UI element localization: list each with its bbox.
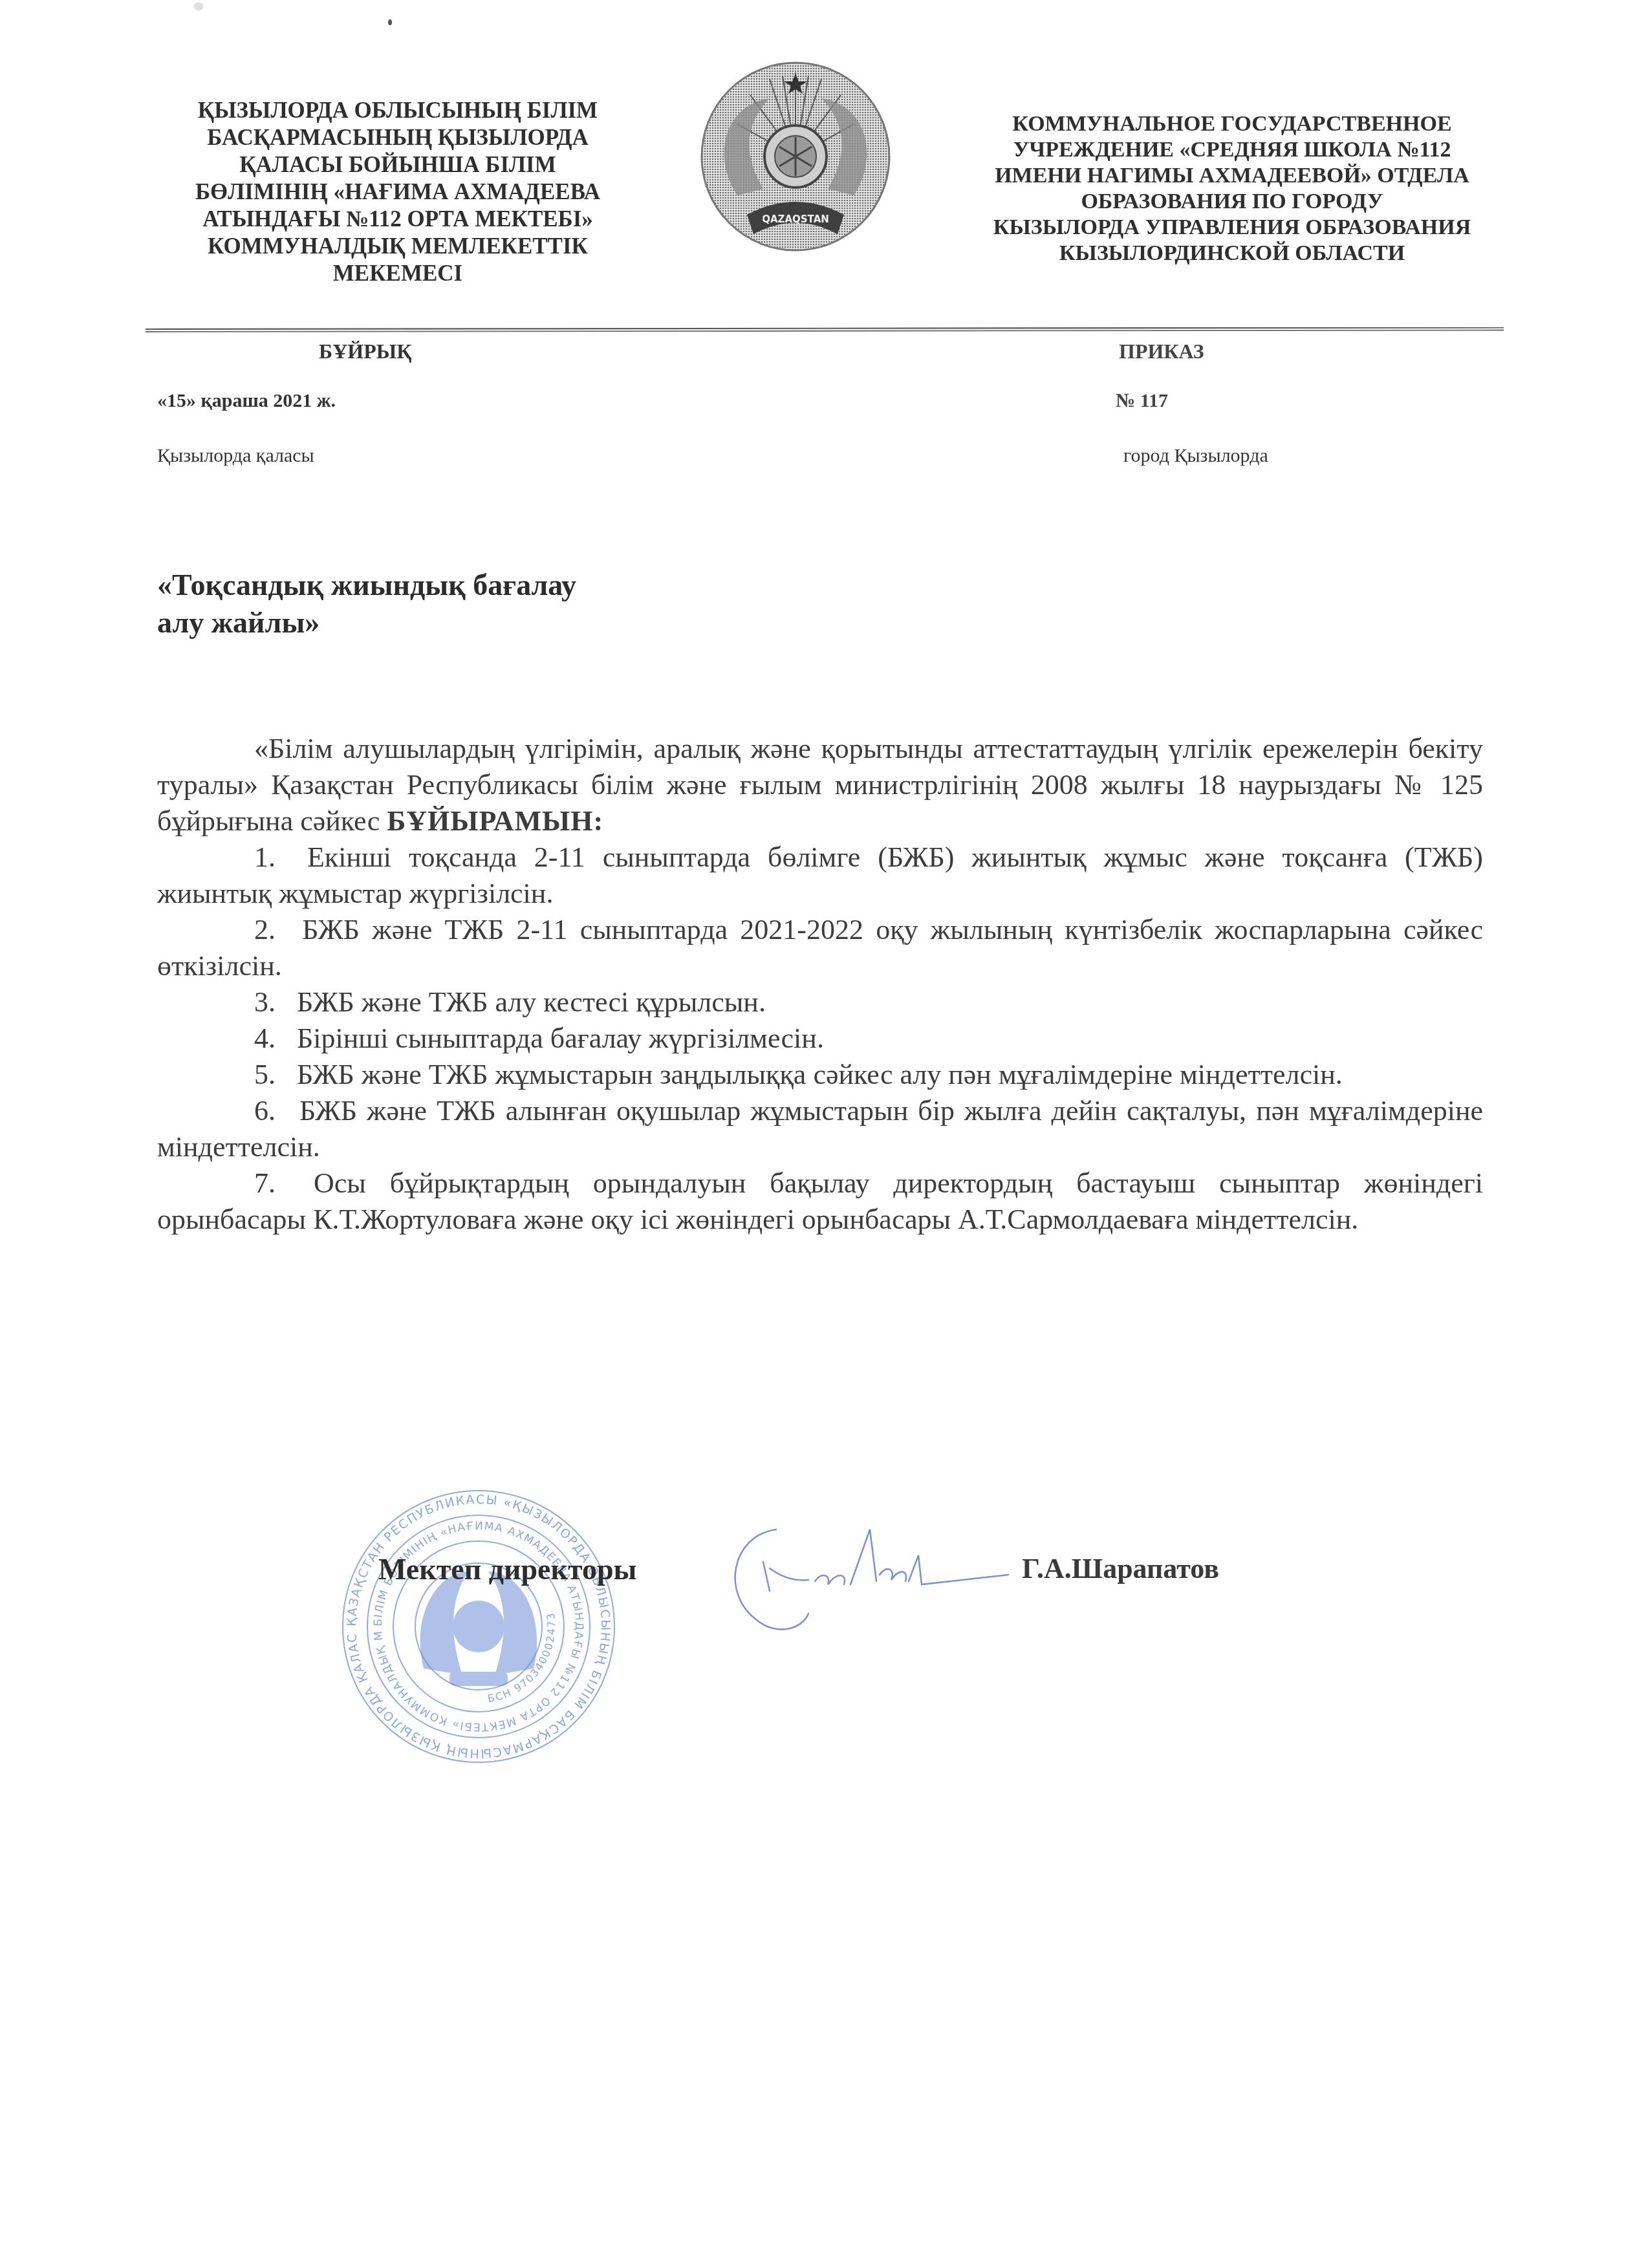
order-item-text: БЖБ және ТЖБ алынған оқушылар жұмыстарын…: [157, 1095, 1483, 1163]
scan-speck: [388, 19, 392, 25]
header-separator: [146, 325, 1504, 332]
ru-header-line: КОММУНАЛЬНОЕ ГОСУДАРСТВЕННОЕ: [944, 111, 1520, 137]
order-item-text: Екінші тоқсанда 2-11 сыныптарда бөлімге …: [157, 841, 1483, 909]
order-city-kz: Қызылорда қаласы: [157, 445, 314, 467]
kz-header-line: БАСҚАРМАСЫНЫҢ ҚЫЗЫЛОРДА: [165, 124, 631, 151]
signatory-name: Г.А.Шарапатов: [1022, 1552, 1219, 1585]
order-city-ru: город Қызылорда: [1123, 445, 1268, 467]
kz-header-line: КОММУНАЛДЫҚ МЕМЛЕКЕТТІК: [165, 233, 631, 260]
order-item-number: 4.: [254, 1021, 290, 1057]
order-title-kz: БҰЙРЫҚ: [319, 340, 411, 363]
order-subject-line: «Тоқсандық жиындық бағалау: [157, 567, 576, 604]
ru-header-line: УЧРЕЖДЕНИЕ «СРЕДНЯЯ ШКОЛА №112: [944, 137, 1520, 163]
order-item-text: БЖБ және ТЖБ алу кестесі құрылсын.: [297, 986, 766, 1018]
order-item-text: БЖБ және ТЖБ 2-11 сыныптарда 2021-2022 о…: [157, 914, 1483, 982]
order-title-ru: ПРИКАЗ: [1119, 340, 1204, 363]
order-preamble: «Білім алушылардың үлгірімін, аралық жән…: [157, 731, 1483, 839]
kz-header-line: БӨЛІМІНІҢ «НАҒИМА АХМАДЕЕВА: [165, 178, 631, 206]
order-item: 5. БЖБ және ТЖБ жұмыстарын заңдылыққа сә…: [157, 1057, 1483, 1093]
order-body: «Білім алушылардың үлгірімін, аралық жән…: [157, 731, 1483, 1238]
order-number: № 117: [1116, 390, 1168, 412]
order-item: 6. БЖБ және ТЖБ алынған оқушылар жұмыста…: [157, 1093, 1483, 1165]
order-item-number: 3.: [254, 984, 290, 1021]
emblem-ribbon-text: QAZAQSTAN: [762, 213, 829, 225]
ru-header-line: КЫЗЫЛОРДА УПРАВЛЕНИЯ ОБРАЗОВАНИЯ: [944, 215, 1520, 241]
order-item-number: 2.: [254, 912, 290, 948]
ru-header-line: ИМЕНИ НАГИМЫ АХМАДЕЕВОЙ» ОТДЕЛА: [944, 163, 1520, 189]
order-item: 7. Осы бұйрықтардың орындалуын бақылау д…: [157, 1165, 1483, 1238]
order-item-number: 5.: [254, 1057, 290, 1093]
kz-header-line: МЕКЕМЕСІ: [165, 260, 631, 287]
order-command: БҰЙЫРАМЫН:: [387, 805, 603, 837]
ru-header-line: ОБРАЗОВАНИЯ ПО ГОРОДУ: [944, 189, 1520, 215]
order-item-number: 1.: [254, 839, 290, 876]
order-item: 3. БЖБ және ТЖБ алу кестесі құрылсын.: [157, 984, 1483, 1021]
kz-institution-header: ҚЫЗЫЛОРДА ОБЛЫСЫНЫҢ БІЛІМ БАСҚАРМАСЫНЫҢ …: [165, 97, 631, 287]
handwritten-signature-icon: [724, 1517, 1009, 1639]
order-subject-line: алу жайлы»: [157, 604, 576, 642]
scan-speck: [194, 3, 203, 10]
signatory-role: Мектеп директоры: [378, 1552, 637, 1586]
order-item-text: Осы бұйрықтардың орындалуын бақылау дире…: [157, 1167, 1483, 1235]
order-item: 1. Екінші тоқсанда 2-11 сыныптарда бөлім…: [157, 839, 1483, 912]
order-item-number: 7.: [254, 1165, 290, 1202]
state-emblem-icon: QAZAQSTAN: [698, 59, 893, 254]
order-item-text: Бірінші сыныптарда бағалау жүргізілмесін…: [297, 1022, 824, 1054]
order-item-number: 6.: [254, 1093, 290, 1129]
ru-institution-header: КОММУНАЛЬНОЕ ГОСУДАРСТВЕННОЕ УЧРЕЖДЕНИЕ …: [944, 111, 1520, 266]
kz-header-line: ҚЫЗЫЛОРДА ОБЛЫСЫНЫҢ БІЛІМ: [165, 97, 631, 124]
order-item: 4. Бірінші сыныптарда бағалау жүргізілме…: [157, 1021, 1483, 1057]
kz-header-line: АТЫНДАҒЫ №112 ОРТА МЕКТЕБІ»: [165, 206, 631, 233]
order-date: «15» қараша 2021 ж.: [157, 390, 336, 412]
kz-header-line: ҚАЛАСЫ БОЙЫНША БІЛІМ: [165, 151, 631, 178]
order-subject: «Тоқсандық жиындық бағалау алу жайлы»: [157, 567, 576, 642]
order-item-text: БЖБ және ТЖБ жұмыстарын заңдылыққа сәйке…: [297, 1059, 1343, 1090]
ru-header-line: КЫЗЫЛОРДИНСКОЙ ОБЛАСТИ: [944, 241, 1520, 266]
order-item: 2. БЖБ және ТЖБ 2-11 сыныптарда 2021-202…: [157, 912, 1483, 984]
official-seal-icon: ҚАЗАҚСТАН РЕСПУБЛИКАСЫ «ҚЫЗЫЛОРДА ОБЛЫСЫ…: [340, 1487, 618, 1766]
preamble-text: «Білім алушылардың үлгірімін, аралық жән…: [157, 733, 1483, 837]
